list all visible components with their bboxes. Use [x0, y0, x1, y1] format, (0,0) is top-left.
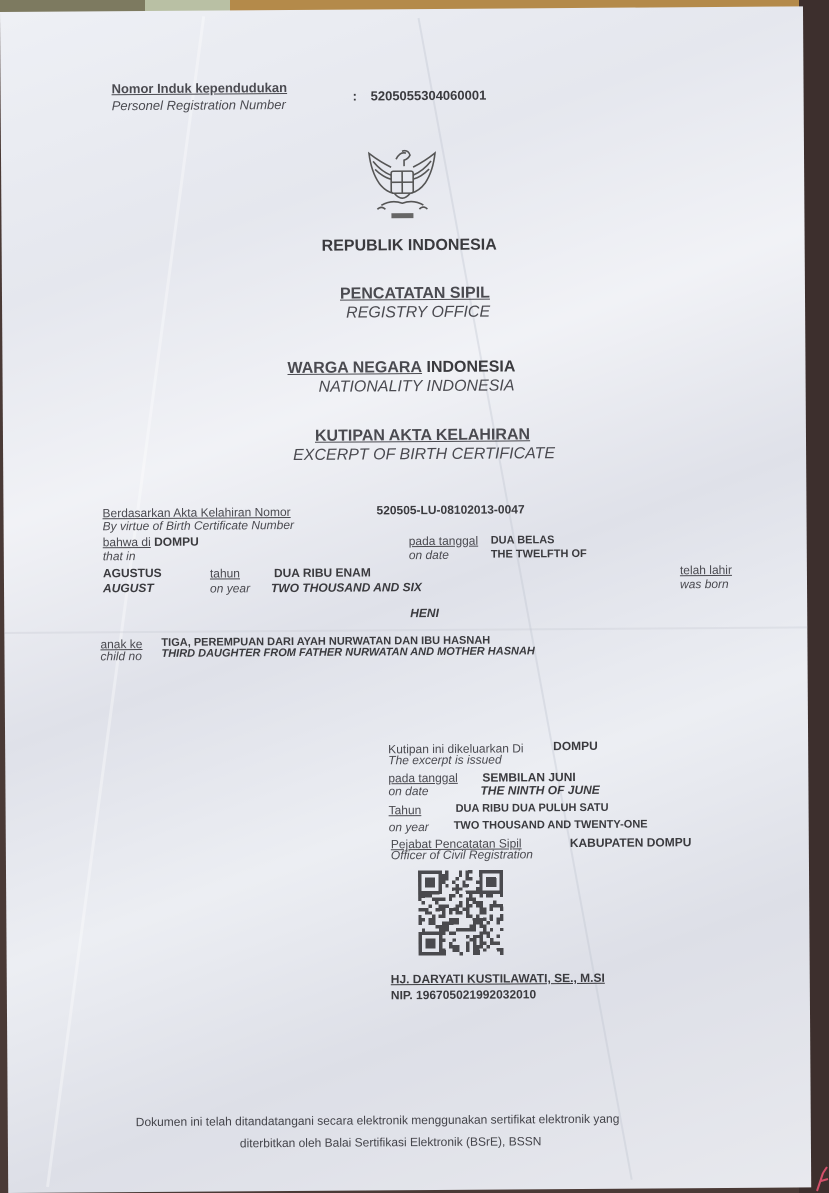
nik-label-en: Personel Registration Number — [112, 97, 286, 113]
garuda-pancasila-emblem-icon — [361, 145, 444, 230]
birth-date-value-id: DUA BELAS — [491, 534, 555, 546]
signatory-name: HJ. DARYATI KUSTILAWATI, SE., M.SI — [391, 971, 605, 986]
birth-certificate-paper: Nomor Induk kependudukan Personel Regist… — [0, 6, 811, 1193]
qr-code-icon[interactable] — [418, 869, 504, 958]
nationality-value-id: INDONESIA — [426, 358, 515, 376]
child-order-value-en: THIRD DAUGHTER FROM FATHER NURWATAN AND … — [161, 645, 534, 660]
officer-label-en: Officer of Civil Registration — [391, 847, 533, 862]
office-title-en: REGISTRY OFFICE — [346, 304, 490, 323]
birth-place-line: bahwa di DOMPU — [103, 535, 199, 550]
birth-year-label-en: on year — [210, 581, 250, 595]
child-order-label-en: child no — [100, 649, 141, 663]
issued-year-value-id: DUA RIBU DUA PULUH SATU — [456, 802, 609, 815]
footer-line-2: diterbitkan oleh Balai Sertifikasi Elekt… — [240, 1134, 542, 1150]
birth-year-value-id: DUA RIBU ENAM — [274, 565, 371, 580]
nationality-label-id: WARGA NEGARA — [287, 359, 422, 377]
nationality-en: NATIONALITY INDONESIA — [319, 377, 515, 396]
birth-month-en: AUGUST — [103, 581, 154, 595]
issued-place: DOMPU — [553, 739, 598, 753]
child-name: HENI — [410, 606, 439, 620]
birth-place-value: DOMPU — [154, 535, 199, 549]
issued-year-label-id: Tahun — [389, 803, 422, 817]
pen-mark — [815, 1165, 829, 1193]
paper-crease — [418, 18, 633, 1180]
birth-date-label-en: on date — [409, 548, 449, 562]
nik-separator: : — [353, 89, 357, 104]
country-title: REPUBLIK INDONESIA — [322, 237, 497, 256]
nik-label-id: Nomor Induk kependudukan — [111, 80, 287, 96]
issued-label-en: The excerpt is issued — [388, 753, 501, 768]
paper-crease — [46, 16, 205, 1187]
office-title-id: PENCATATAN SIPIL — [340, 285, 490, 304]
issued-date-label-en: on date — [388, 784, 428, 798]
birth-place-label-en: that in — [103, 549, 136, 563]
born-label-en: was born — [680, 577, 729, 591]
birth-year-label-id: tahun — [210, 566, 240, 580]
nik-value: 5205055304060001 — [371, 88, 487, 104]
birth-year-value-en: TWO THOUSAND AND SIX — [271, 580, 422, 595]
issued-date-value-en: THE NINTH OF JUNE — [480, 783, 599, 798]
paper-crease — [4, 626, 807, 634]
cert-number-value: 520505-LU-08102013-0047 — [376, 502, 524, 517]
signatory-nip: NIP. 196705021992032010 — [391, 987, 536, 1002]
birth-date-label-id: pada tanggal — [409, 534, 479, 548]
birth-place-label-id: bahwa di — [103, 535, 151, 549]
birth-date-value-en: THE TWELFTH OF — [491, 548, 587, 561]
cert-number-label-en: By virtue of Birth Certificate Number — [103, 518, 294, 533]
footer-line-1: Dokumen ini telah ditandatangani secara … — [136, 1112, 620, 1129]
born-label-id: telah lahir — [680, 563, 732, 577]
issued-year-value-en: TWO THOUSAND AND TWENTY-ONE — [454, 818, 648, 831]
officer-region: KABUPATEN DOMPU — [570, 835, 692, 850]
issued-year-label-en: on year — [389, 820, 429, 834]
birth-month-id: AGUSTUS — [103, 566, 162, 580]
nationality-line-id: WARGA NEGARA INDONESIA — [287, 358, 515, 378]
document-title-id: KUTIPAN AKTA KELAHIRAN — [315, 426, 530, 446]
document-title-en: EXCERPT OF BIRTH CERTIFICATE — [293, 445, 555, 465]
